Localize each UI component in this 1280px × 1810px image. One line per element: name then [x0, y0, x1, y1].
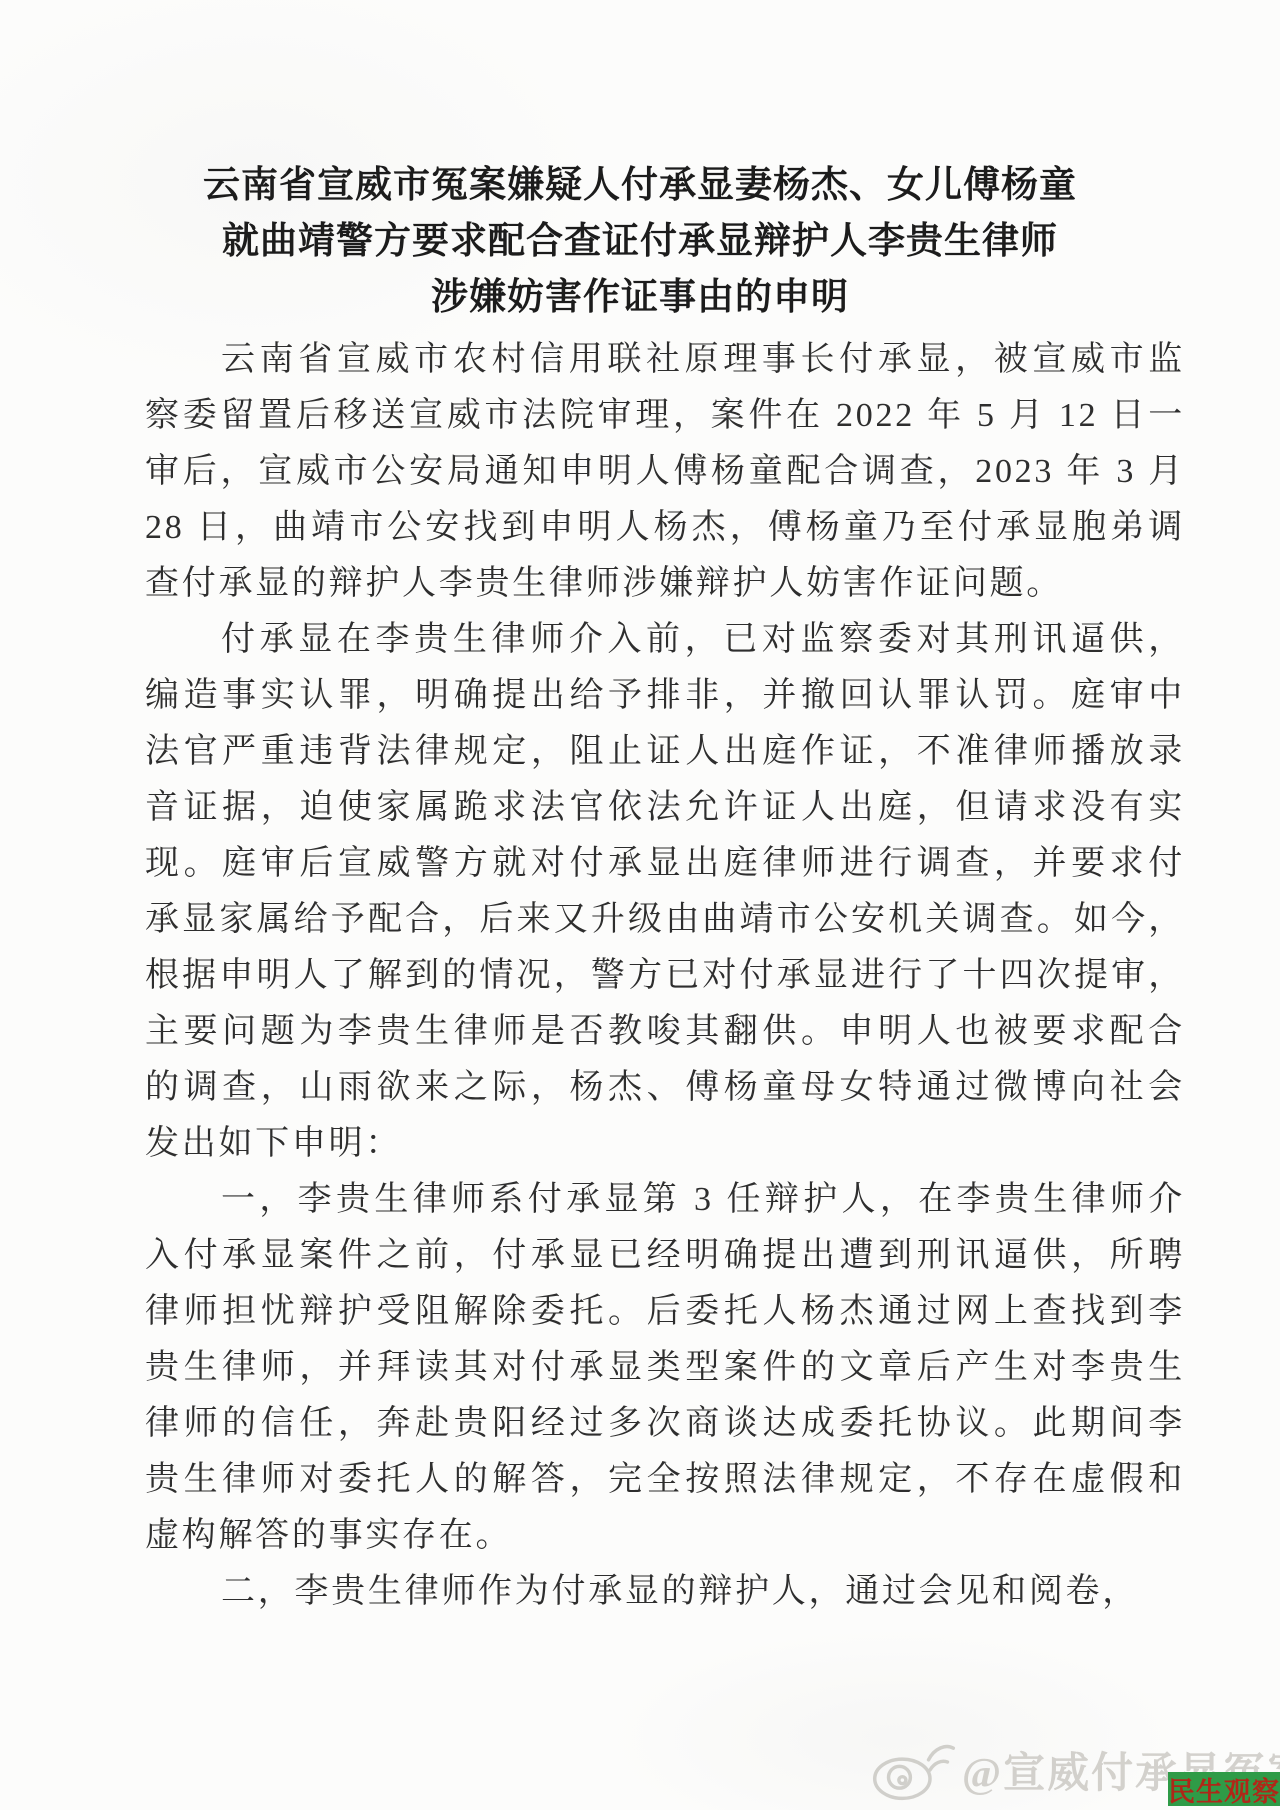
title-line-1: 云南省宣威市冤案嫌疑人付承显妻杨杰、女儿傅杨童 — [0, 158, 1280, 214]
body-text-line: 28 日，曲靖市公安找到申明人杨杰，傅杨童乃至付承显胞弟调 — [145, 500, 1185, 556]
body-text-line: 察委留置后移送宣威市法院审理，案件在 2022 年 5 月 12 日一 — [145, 388, 1185, 444]
body-text-line: 云南省宣威市农村信用联社原理事长付承显，被宣威市监 — [145, 332, 1185, 388]
body-text-line: 现。庭审后宣威警方就对付承显出庭律师进行调查，并要求付 — [145, 836, 1185, 892]
body-text-line: 法官严重违背法律规定，阻止证人出庭作证，不准律师播放录 — [145, 724, 1185, 780]
body-text-line: 一，李贵生律师系付承显第 3 任辩护人，在李贵生律师介 — [145, 1172, 1185, 1228]
body-text-line: 律师的信任，奔赴贵阳经过多次商谈达成委托协议。此期间李 — [145, 1396, 1185, 1452]
title-line-2: 就曲靖警方要求配合查证付承显辩护人李贵生律师 — [0, 214, 1280, 270]
body-text-line: 音证据，迫使家属跪求法官依法允许证人出庭，但请求没有实 — [145, 780, 1185, 836]
body-text-line: 二，李贵生律师作为付承显的辩护人，通过会见和阅卷， — [145, 1564, 1185, 1620]
body-text-line: 付承显在李贵生律师介入前，已对监察委对其刑讯逼供， — [145, 612, 1185, 668]
minsheng-guancha-badge: 民生观察 — [1168, 1772, 1280, 1806]
body-text-line: 查付承显的辩护人李贵生律师涉嫌辩护人妨害作证问题。 — [145, 556, 1185, 612]
body-text-line: 主要问题为李贵生律师是否教唆其翻供。申明人也被要求配合 — [145, 1004, 1185, 1060]
document-body: 云南省宣威市农村信用联社原理事长付承显，被宣威市监察委留置后移送宣威市法院审理，… — [145, 332, 1185, 1620]
body-text-line: 承显家属给予配合，后来又升级由曲靖市公安机关调查。如今， — [145, 892, 1185, 948]
body-text-line: 贵生律师对委托人的解答，完全按照法律规定，不存在虚假和 — [145, 1452, 1185, 1508]
body-text-line: 审后，宣威市公安局通知申明人傅杨童配合调查，2023 年 3 月 — [145, 444, 1185, 500]
body-text-line: 的调查，山雨欲来之际，杨杰、傅杨童母女特通过微博向社会 — [145, 1060, 1185, 1116]
body-text-line: 编造事实认罪，明确提出给予排非，并撤回认罪认罚。庭审中 — [145, 668, 1185, 724]
body-text-line: 根据申明人了解到的情况，警方已对付承显进行了十四次提审， — [145, 948, 1185, 1004]
title-line-3: 涉嫌妨害作证事由的申明 — [0, 270, 1280, 326]
scanned-document-page: 云南省宣威市冤案嫌疑人付承显妻杨杰、女儿傅杨童 就曲靖警方要求配合查证付承显辩护… — [0, 0, 1280, 1810]
body-text-line: 律师担忧辩护受阻解除委托。后委托人杨杰通过网上查找到李 — [145, 1284, 1185, 1340]
body-text-line: 发出如下申明： — [145, 1116, 1185, 1172]
body-text-line: 虚构解答的事实存在。 — [145, 1508, 1185, 1564]
document-title: 云南省宣威市冤案嫌疑人付承显妻杨杰、女儿傅杨童 就曲靖警方要求配合查证付承显辩护… — [0, 0, 1280, 326]
body-text-line: 贵生律师，并拜读其对付承显类型案件的文章后产生对李贵生 — [145, 1340, 1185, 1396]
body-text-line: 入付承显案件之前，付承显已经明确提出遭到刑讯逼供，所聘 — [145, 1228, 1185, 1284]
weibo-icon — [868, 1738, 960, 1802]
